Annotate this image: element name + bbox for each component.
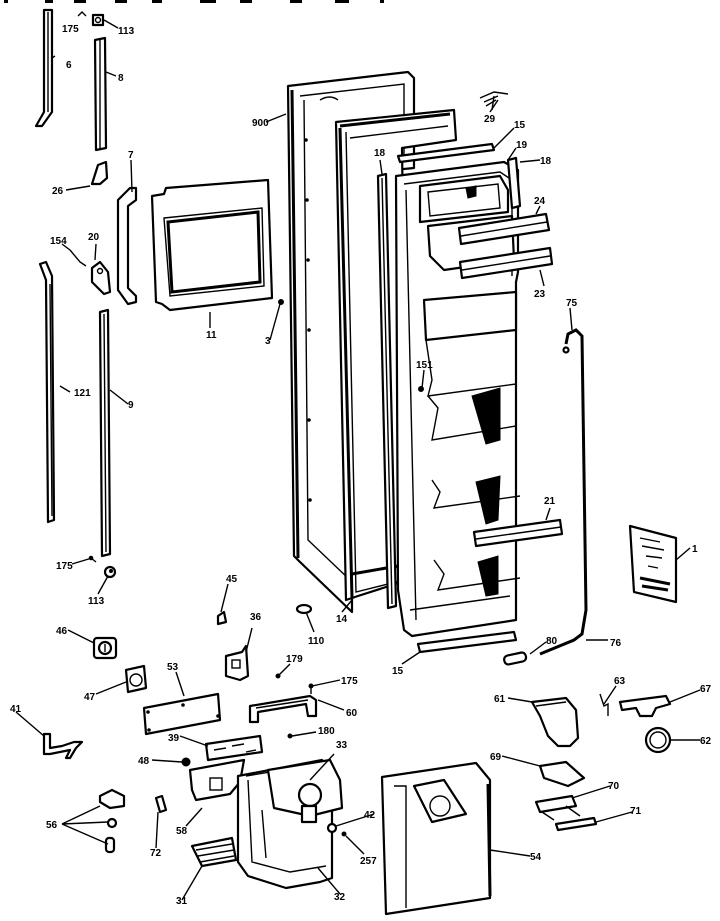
part-154-screw bbox=[70, 250, 86, 266]
callout-42: 42 bbox=[364, 810, 376, 821]
callout-45: 45 bbox=[226, 574, 238, 585]
callout-69: 69 bbox=[490, 752, 502, 763]
callout-15-top: 15 bbox=[514, 120, 526, 131]
part-62-ring bbox=[646, 728, 670, 752]
part-47-heater bbox=[126, 666, 146, 692]
callout-113: 113 bbox=[118, 26, 135, 37]
part-41-lever bbox=[44, 734, 82, 758]
part-54-cover bbox=[382, 763, 490, 914]
part-63-spring bbox=[600, 694, 608, 716]
part-257-screw bbox=[342, 832, 346, 836]
part-11-frame bbox=[152, 180, 272, 310]
callout-18-right: 18 bbox=[540, 156, 552, 167]
part-3-screw bbox=[279, 300, 284, 305]
callout-8: 8 bbox=[118, 73, 124, 84]
callout-56: 56 bbox=[46, 820, 58, 831]
callout-180: 180 bbox=[318, 726, 335, 737]
callout-24: 24 bbox=[534, 196, 546, 207]
callout-71: 71 bbox=[630, 806, 642, 817]
callout-6: 6 bbox=[66, 60, 72, 71]
part-72-spring bbox=[156, 796, 166, 812]
part-67-actuator bbox=[620, 696, 670, 716]
part-6-trim bbox=[36, 10, 52, 126]
callout-121: 121 bbox=[74, 388, 91, 399]
callout-110: 110 bbox=[308, 636, 325, 647]
part-48-knob bbox=[182, 758, 190, 766]
part-7-handle bbox=[118, 188, 136, 304]
callout-70: 70 bbox=[608, 781, 620, 792]
callout-179: 179 bbox=[286, 654, 303, 665]
part-29-harness bbox=[480, 92, 508, 112]
callout-54: 54 bbox=[530, 852, 542, 863]
callout-61: 61 bbox=[494, 694, 506, 705]
callout-23: 23 bbox=[534, 289, 546, 300]
callout-3: 3 bbox=[265, 336, 271, 347]
callout-11: 11 bbox=[206, 330, 217, 341]
part-46-socket bbox=[94, 638, 116, 658]
callout-63: 63 bbox=[614, 676, 626, 687]
callout-175: 175 bbox=[62, 24, 79, 35]
callout-76: 76 bbox=[610, 638, 622, 649]
callout-18: 18 bbox=[374, 148, 386, 159]
part-180-screw bbox=[288, 734, 292, 738]
part-9-strip bbox=[100, 310, 110, 556]
callout-31: 31 bbox=[176, 896, 188, 907]
part-26-bracket bbox=[92, 162, 107, 184]
callout-75: 75 bbox=[566, 298, 578, 309]
part-53-plate bbox=[144, 694, 220, 734]
callout-19: 19 bbox=[516, 140, 528, 151]
part-75-76-tube bbox=[540, 330, 586, 654]
callout-21: 21 bbox=[544, 496, 556, 507]
part-60-bracket bbox=[250, 696, 316, 722]
part-20-cap bbox=[92, 262, 110, 294]
callout-20: 20 bbox=[88, 232, 100, 243]
callout-113-mid: 113 bbox=[88, 596, 105, 607]
callout-257: 257 bbox=[360, 856, 377, 867]
part-36-switch bbox=[226, 646, 248, 680]
part-58-bracket bbox=[190, 760, 244, 800]
part-45-clip bbox=[218, 612, 226, 624]
callout-9: 9 bbox=[128, 400, 134, 411]
callout-900: 900 bbox=[252, 118, 269, 129]
callout-36: 36 bbox=[250, 612, 262, 623]
callout-154: 154 bbox=[50, 236, 67, 247]
callout-32: 32 bbox=[334, 892, 346, 903]
callout-7: 7 bbox=[128, 150, 134, 161]
callout-175-low: 175 bbox=[341, 676, 358, 687]
callout-33: 33 bbox=[336, 740, 348, 751]
callout-46: 46 bbox=[56, 626, 68, 637]
callout-58: 58 bbox=[176, 826, 188, 837]
part-70-lever-arm bbox=[536, 796, 580, 820]
parts-diagram: 175 113 6 8 26 7 154 20 11 3 121 9 175 1… bbox=[0, 0, 720, 921]
callout-72: 72 bbox=[150, 848, 162, 859]
diagram-svg: 175 113 6 8 26 7 154 20 11 3 121 9 175 1… bbox=[0, 0, 720, 921]
part-113-bushing-mid bbox=[105, 567, 115, 577]
callout-53: 53 bbox=[167, 662, 179, 673]
part-15-trim-bottom bbox=[418, 632, 516, 652]
part-61-chute bbox=[532, 698, 578, 746]
callout-48: 48 bbox=[138, 756, 150, 767]
part-39-board bbox=[206, 736, 262, 760]
part-31-grille bbox=[192, 838, 236, 866]
part-42-nut bbox=[328, 824, 336, 832]
part-69-chute-door bbox=[540, 762, 584, 786]
callout-39: 39 bbox=[168, 733, 180, 744]
callout-1: 1 bbox=[692, 544, 698, 555]
part-71-pad bbox=[556, 818, 596, 830]
callout-29: 29 bbox=[484, 114, 496, 125]
callout-62: 62 bbox=[700, 736, 712, 747]
part-8-strip bbox=[95, 38, 106, 150]
callout-14: 14 bbox=[336, 614, 348, 625]
part-175-screw-top bbox=[78, 12, 86, 16]
callout-80: 80 bbox=[546, 636, 558, 647]
callout-60: 60 bbox=[346, 708, 358, 719]
callout-26: 26 bbox=[52, 186, 64, 197]
callout-15-bottom: 15 bbox=[392, 666, 404, 677]
callout-151: 151 bbox=[416, 360, 433, 371]
callout-47: 47 bbox=[84, 692, 96, 703]
callout-175-mid: 175 bbox=[56, 561, 73, 572]
part-110-grommet bbox=[297, 605, 311, 613]
callout-67: 67 bbox=[700, 684, 712, 695]
part-121-trim bbox=[40, 262, 54, 522]
callout-41: 41 bbox=[10, 704, 22, 715]
part-80-connector bbox=[503, 652, 526, 665]
part-1-card bbox=[630, 526, 676, 602]
part-113-bushing-top bbox=[93, 15, 103, 25]
